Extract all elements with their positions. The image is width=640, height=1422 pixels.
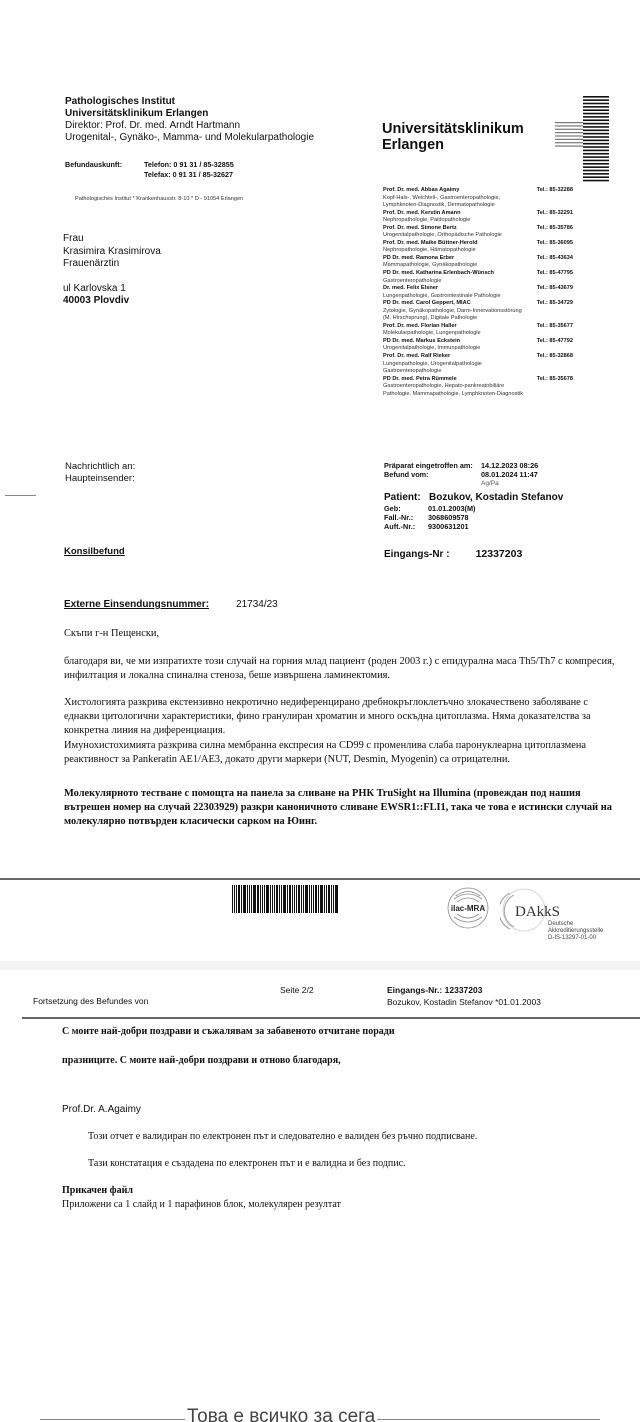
doctor-name: PD Dr. med. Ramona Erber	[383, 255, 454, 263]
doctor-specialty: Lungenpathologie, Urogenitalpathologie	[383, 361, 573, 369]
doctor-specialty: Urogenitalpathologie, Immunpathologie	[383, 345, 573, 353]
svg-text:DAkkS: DAkkS	[515, 904, 560, 920]
doctor-tel: Tel.: 85-43679	[537, 285, 573, 293]
recipient-address: Frau Krasimira Krasimirova Frauenärztin …	[63, 233, 161, 308]
svg-text:D-IS-13297-01-00: D-IS-13297-01-00	[548, 935, 597, 941]
doctor-entry: PD Dr. med. Markus EcksteinTel.: 85-4779…	[383, 338, 573, 346]
ext-label: Externe Einsendungsnummer:	[64, 599, 209, 610]
recipient-salutation: Frau	[63, 233, 161, 246]
report-type: Konsilbefund	[64, 546, 125, 557]
doctor-tel: Tel.: 85-47792	[537, 338, 573, 346]
barcode	[232, 885, 362, 913]
logo-line-1: Universitätsklinikum	[382, 121, 524, 137]
doctor-tel: Tel.: 85-35678	[537, 376, 573, 384]
validation-note-2: Тази констатация е създадена по електрон…	[88, 1158, 406, 1169]
doctor-name: Dr. med. Felix Elsner	[383, 285, 438, 293]
external-number: Externe Einsendungsnummer:21734/23	[64, 599, 278, 610]
doctor-specialty: Lymphknoten-Diagnostik, Dermatopathologi…	[383, 202, 573, 210]
director: Direktor: Prof. Dr. med. Arndt Hartmann	[65, 120, 314, 132]
telefax: Telefax: 0 91 31 / 85-32627	[144, 170, 233, 179]
doctor-name: Prof. Dr. med. Abbas Agaimy	[383, 187, 459, 195]
doctor-specialty: Gastroenteropathologie	[383, 368, 573, 376]
hospital-logo-text: Universitätsklinikum Erlangen	[382, 121, 524, 153]
validation-note-1: Този отчет е валидиран по електронен път…	[88, 1131, 477, 1142]
doctor-name: Prof. Dr. med. Maike Büttner-Herold	[383, 240, 478, 248]
page2-header-info: Eingangs-Nr.: 12337203 Bozukov, Kostadin…	[387, 984, 541, 1008]
doctor-tel: Tel.: 85-35677	[537, 323, 573, 331]
immunohistochemistry-text: Имунохистохимията разкрива силна мембран…	[64, 739, 624, 767]
hospital-logo-icon	[555, 95, 611, 183]
signature: Prof.Dr. A.Agaimy	[62, 1104, 141, 1115]
befund-label: Befundauskunft:	[65, 160, 144, 170]
p2-patient-line: Bozukov, Kostadin Stefanov *01.01.2003	[387, 996, 541, 1008]
fall-value: 3068609578	[428, 513, 469, 522]
case-info: Präparat eingetroffen am:14.12.2023 08:2…	[384, 461, 584, 531]
doctor-tel: Tel.: 85-43634	[537, 255, 573, 263]
sender-line: Pathologisches Institut * Krankenhausstr…	[75, 196, 243, 202]
praeparat-value: 14.12.2023 08:26	[481, 461, 538, 470]
patient-name: Bozukov, Kostadin Stefanov	[429, 492, 563, 503]
doctor-tel: Tel.: 85-32291	[537, 210, 573, 218]
attachment-text: Приложени са 1 слайд и 1 парафинов блок,…	[62, 1199, 341, 1210]
doctor-name: Prof. Dr. med. Florian Haller	[383, 323, 457, 331]
closing-line-1: С моите най-добри поздрави и съжалявам з…	[62, 1025, 395, 1039]
paragraph-histology: Хистологията разкрива екстензивно некрот…	[64, 696, 624, 767]
doctor-entry: Prof. Dr. med. Kerstin AmannTel.: 85-322…	[383, 210, 573, 218]
doctor-entry: Prof. Dr. med. Maike Büttner-HeroldTel.:…	[383, 240, 573, 248]
doctor-entry: Prof. Dr. med. Ralf RiekerTel.: 85-32868	[383, 353, 573, 361]
dakks-logo-icon: DAkkS Deutsche Akkreditierungsstelle D-I…	[500, 885, 625, 943]
doctor-tel: Tel.: 85-36095	[537, 240, 573, 248]
caption-text: Това е всичко за сега	[185, 1406, 377, 1422]
patient: Patient:Bozukov, Kostadin Stefanov	[384, 491, 584, 504]
ilac-mra-logo-icon: ilac-MRA	[447, 887, 489, 929]
geb-label: Geb:	[384, 504, 428, 513]
befund-date-value: 08.01.2024 11:47	[481, 470, 538, 479]
befundauskunft: Befundauskunft:Telefon: 0 91 31 / 85-328…	[65, 160, 234, 180]
ext-value: 21734/23	[236, 599, 278, 610]
doctor-specialty: Lungenpathologie, Gastrointestinale Path…	[383, 293, 573, 301]
page-number: Seite 2/2	[280, 985, 314, 995]
doctor-entry: Prof. Dr. med. Simone BertzTel.: 85-3578…	[383, 225, 573, 233]
attachment-heading: Прикачен файл	[62, 1185, 133, 1196]
auft-label: Auft.-Nr.:	[384, 522, 428, 531]
p2-eingang-value: 12337203	[445, 985, 483, 995]
doctor-specialty: Gastroenteropathologie, Hepato-pankreato…	[383, 383, 573, 391]
recipient-title: Frauenärztin	[63, 258, 161, 271]
paragraph-clinical: благодаря ви, че ми изпратихте този случ…	[64, 655, 624, 683]
recipient-city: 40003 Plovdiv	[63, 295, 161, 308]
doctor-tel: Tel.: 85-32868	[537, 353, 573, 361]
continuation-label: Fortsetzung des Befundes von	[33, 996, 148, 1006]
doctor-entry: PD Dr. med. Petra RümmeleTel.: 85-35678	[383, 376, 573, 384]
eingang-label: Eingangs-Nr :	[384, 549, 450, 560]
befund-date-label: Befund vom:	[384, 470, 481, 479]
doctor-name: Prof. Dr. med. Kerstin Amann	[383, 210, 461, 218]
doctor-name: Prof. Dr. med. Ralf Rieker	[383, 353, 450, 361]
doctor-tel: Tel.: 85-35786	[537, 225, 573, 233]
telefon: Telefon: 0 91 31 / 85-32855	[144, 160, 234, 170]
doctor-specialty: Mammapathologie, Gynäkopathologie	[383, 262, 573, 270]
institute-header: Pathologisches Institut Universitätsklin…	[65, 96, 314, 144]
paragraph-molecular: Молекулярното тестване с помощта на пане…	[64, 787, 624, 830]
histology-text: Хистологията разкрива екстензивно некрот…	[64, 696, 624, 739]
doctor-specialty: Molekularpathologie, Lungenpathologie	[383, 330, 573, 338]
recipient-street: ul Karlovska 1	[63, 283, 161, 296]
doctor-tel: Tel.: 85-34729	[537, 300, 573, 308]
doctor-tel: Tel.: 85-32288	[537, 187, 573, 195]
fall-label: Fall.-Nr.:	[384, 513, 428, 522]
doctor-entry: Prof. Dr. med. Abbas AgaimyTel.: 85-3228…	[383, 187, 573, 195]
svg-text:Akkreditierungsstelle: Akkreditierungsstelle	[548, 928, 604, 934]
p2-eingang-label: Eingangs-Nr.:	[387, 985, 442, 995]
doctor-specialty: (M. Hirschsprung), Digitale Pathologie	[383, 315, 573, 323]
doctor-name: Prof. Dr. med. Simone Bertz	[383, 225, 457, 233]
doctor-specialty: Zytologie, Gynäkopathologie, Darm-Innerv…	[383, 308, 573, 316]
doctor-specialty: Pathologie, Mammapathologie, Lymphknoten…	[383, 391, 573, 399]
auft-value: 9300631201	[428, 522, 469, 531]
doctor-specialty: Urogenitalpathologie, Orthopädische Path…	[383, 232, 573, 240]
eingang-value: 12337203	[476, 548, 523, 560]
greeting: Скъпи г-н Пещенски,	[64, 627, 624, 641]
doctor-tel: Tel.: 85-47795	[537, 270, 573, 278]
page-gap	[0, 961, 640, 970]
hospital-name: Universitätsklinikum Erlangen	[65, 108, 314, 120]
doctor-specialty: Kopf-Hals-, Weichteil-, Gastroenteropath…	[383, 195, 573, 203]
svg-text:Deutsche: Deutsche	[548, 921, 574, 927]
fold-mark	[5, 495, 36, 496]
doctor-specialty: Gastroenteropathologie	[383, 278, 573, 286]
praeparat-label: Präparat eingetroffen am:	[384, 461, 481, 470]
page-divider	[0, 878, 640, 880]
doctors-list: Prof. Dr. med. Abbas AgaimyTel.: 85-3228…	[383, 187, 573, 398]
logo-line-2: Erlangen	[382, 137, 524, 153]
doctor-name: PD Dr. med. Katharina Erlenbach-Wünsch	[383, 270, 494, 278]
doctor-name: PD Dr. med. Markus Eckstein	[383, 338, 460, 346]
institute-name: Pathologisches Institut	[65, 96, 314, 108]
initials: Ag/Pa	[384, 479, 584, 488]
svg-text:ilac-MRA: ilac-MRA	[451, 904, 485, 913]
doctor-entry: PD Dr. med. Carol Geppert, MIACTel.: 85-…	[383, 300, 573, 308]
specialty: Urogenital-, Gynäko-, Mamma- und Molekul…	[65, 132, 314, 144]
patient-label: Patient:	[384, 491, 429, 504]
doctor-entry: PD Dr. med. Ramona ErberTel.: 85-43634	[383, 255, 573, 263]
doctor-name: PD Dr. med. Petra Rümmele	[383, 376, 457, 384]
doctor-entry: Dr. med. Felix ElsnerTel.: 85-43679	[383, 285, 573, 293]
doctor-specialty: Nephropathologie, Hämatopathologie	[383, 247, 573, 255]
doctor-specialty: Nephropathologie, Paidopathologie	[383, 217, 573, 225]
distribution: Nachrichtlich an: Haupteinsender:	[65, 461, 135, 485]
page2-header-divider	[22, 1017, 640, 1019]
doctor-name: PD Dr. med. Carol Geppert, MIAC	[383, 300, 471, 308]
doctor-entry: Prof. Dr. med. Florian HallerTel.: 85-35…	[383, 323, 573, 331]
doctor-entry: PD Dr. med. Katharina Erlenbach-WünschTe…	[383, 270, 573, 278]
closing-line-2: празниците. С моите най-добри поздрави и…	[62, 1054, 341, 1068]
geb-value: 01.01.2003(M)	[428, 504, 475, 513]
haupteinsender-label: Haupteinsender:	[65, 473, 135, 485]
eingangs-nr: Eingangs-Nr :12337203	[384, 548, 522, 560]
nachrichtlich-label: Nachrichtlich an:	[65, 461, 135, 473]
recipient-name: Krasimira Krasimirova	[63, 246, 161, 259]
